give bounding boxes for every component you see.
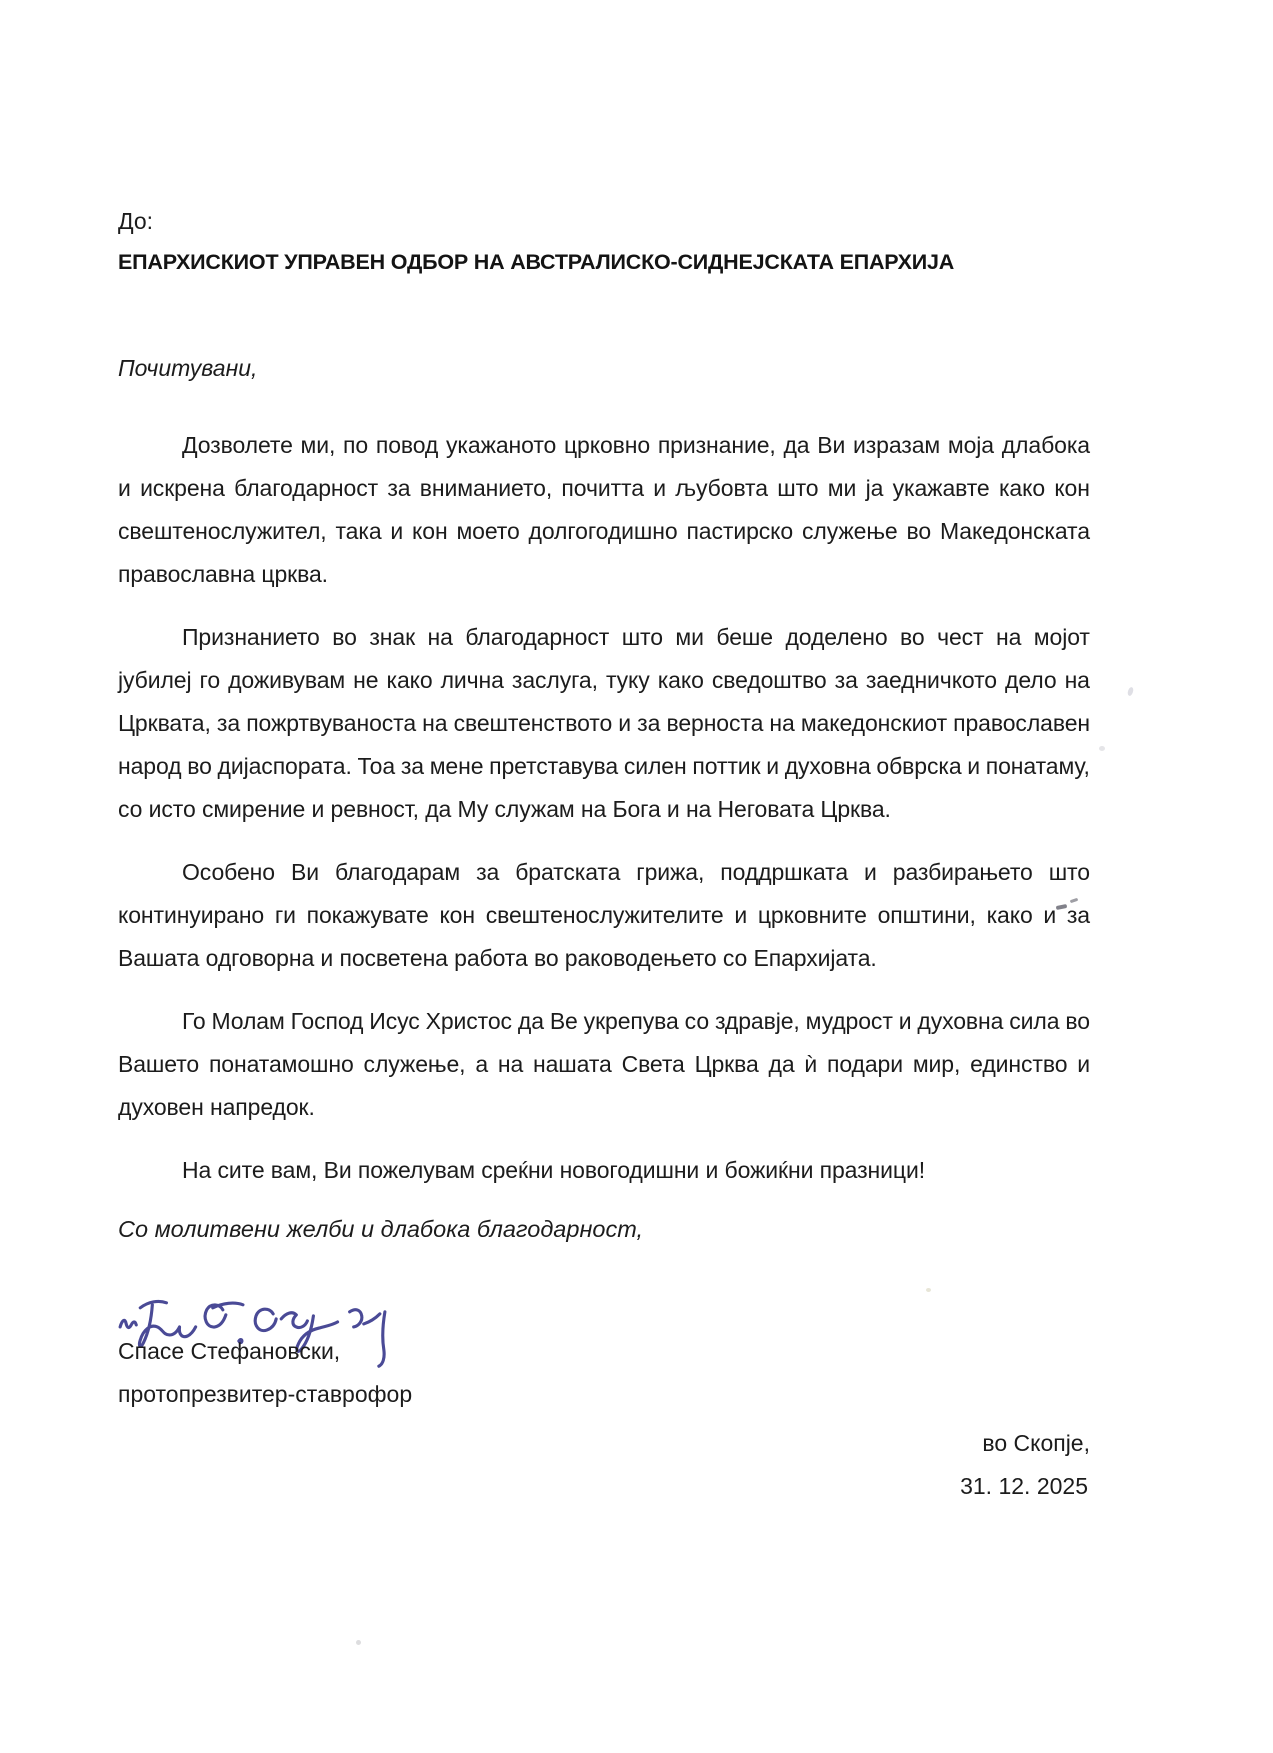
paragraph: На сите вам, Ви пожелувам среќни новогод… — [118, 1149, 1090, 1192]
body-line: На сите вам, Ви пожелувам среќни новогод… — [118, 1149, 1090, 1192]
body-line: со исто смирение и ревност, да Му служам… — [118, 788, 1090, 831]
date-line: 31. 12. 2025 — [960, 1473, 1088, 1500]
paragraph: Признаниетовознакнаблагодарностштомибеше… — [118, 616, 1090, 831]
place-line: во Скопје, — [982, 1430, 1090, 1457]
body-line: јубилејгодоживувамнекаколичназаслуга,тук… — [118, 659, 1090, 702]
signatory-name: Спасе Стефановски, — [118, 1338, 340, 1365]
signatory-title: протопрезвитер-ставрофор — [118, 1381, 412, 1408]
body-line: народводијаспората.Тоазаменепретставувас… — [118, 745, 1090, 788]
body-line: духовен напредок. — [118, 1086, 1090, 1129]
body-line: континуираногипокажуватеконсвештенослужи… — [118, 894, 1090, 937]
body-line: свештенослужител,такаиконмоетодолгогодиш… — [118, 510, 1090, 553]
body-line: иискренаблагодарностзавниманието,почитта… — [118, 467, 1090, 510]
paragraph: Дозволетеми,поповодукажанотоцрковнопризн… — [118, 424, 1090, 596]
body-line: Признаниетовознакнаблагодарностштомибеше… — [118, 616, 1090, 659]
handwritten-signature-icon — [100, 1284, 402, 1388]
scan-speck — [1099, 746, 1105, 751]
farewell-line: Со молитвени желби и длабока благодарнос… — [118, 1216, 643, 1243]
recipient-label: До: — [118, 206, 153, 236]
body-line: православна црква. — [118, 553, 1090, 596]
scanned-letter-page: До: ЕПАРХИСКИОТ УПРАВЕН ОДБОР НА АВСТРАЛ… — [0, 0, 1273, 1753]
body-line: Вашата одговорна и посветена работа во р… — [118, 937, 1090, 980]
paragraph: ОсобеноВиблагодарамзабратскатагрижа,подд… — [118, 851, 1090, 980]
body-line: Црквата,запожртвуваностанасвештенствотои… — [118, 702, 1090, 745]
paragraph: ГоМоламГосподИсусХристосдаВеукрепувасозд… — [118, 1000, 1090, 1129]
body-line: Дозволетеми,поповодукажанотоцрковнопризн… — [118, 424, 1090, 467]
letter-body: Дозволетеми,поповодукажанотоцрковнопризн… — [118, 424, 1090, 1212]
scan-speck — [356, 1640, 361, 1645]
body-line: ОсобеноВиблагодарамзабратскатагрижа,подд… — [118, 851, 1090, 894]
body-line: ГоМоламГосподИсусХристосдаВеукрепувасозд… — [118, 1000, 1090, 1043]
body-line: Вашетопонатамошнослужење,ананашатаСветаЦ… — [118, 1043, 1090, 1086]
scan-speck — [926, 1288, 931, 1292]
salutation: Почитувани, — [118, 355, 257, 382]
scan-speck — [1127, 686, 1135, 696]
recipient-name: ЕПАРХИСКИОТ УПРАВЕН ОДБОР НА АВСТРАЛИСКО… — [118, 250, 954, 275]
